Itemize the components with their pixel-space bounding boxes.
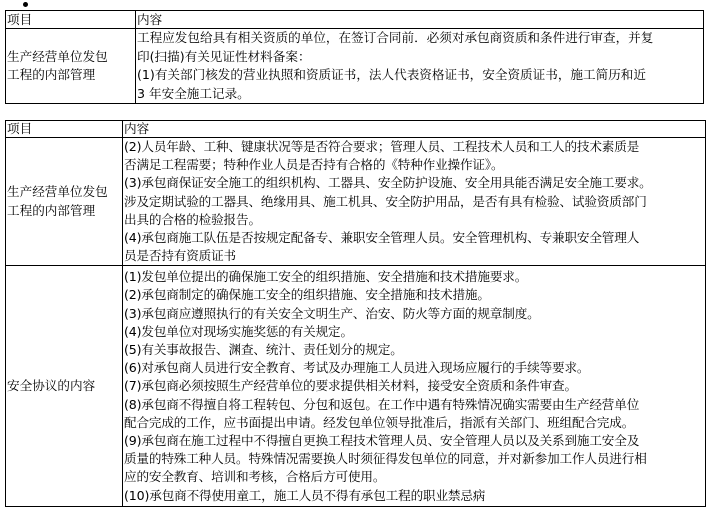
content-line: (3)承包商应遵照执行的有关安全文明生产、治安、防火等方面的规章制度。 — [124, 305, 705, 323]
content-line: (10)承包商不得使用童工，施工人员不得有承包工程的职业禁忌病 — [124, 487, 705, 505]
content-line: 否满足工程需要；特种作业人员是否持有合格的《特种作业操作证》。 — [124, 156, 705, 174]
row-item-cell: 生产经营单位发包 工程的内部管理 — [6, 138, 123, 266]
table-header-row: 项目 内容 — [6, 11, 704, 29]
row-content-cell: 工程应发包给具有相关资质的单位，在签订合同前．必须对承包商资质和条件进行审查，并… — [136, 29, 704, 104]
row-content-cell: (1)发包单位提出的确保施工安全的组织措施、安全措施和技术措施要求。 (2)承包… — [123, 266, 706, 507]
header-content: 内容 — [136, 11, 704, 29]
row-item-cell: 生产经营单位发包 工程的内部管理 — [6, 29, 136, 104]
header-item: 项目 — [6, 121, 123, 138]
item-text: 工程的内部管理 — [7, 202, 122, 220]
content-line: 涉及定期试验的工器具、绝缘用具、施工机具、安全防护用品，是否有具有检验、试验资质… — [124, 193, 705, 211]
content-line: (5)有关事故报告、渊查、统汁、责任划分的规定。 — [124, 341, 705, 359]
table-row: 生产经营单位发包 工程的内部管理 (2)人员年龄、工种、键康状况等是否符合要求；… — [6, 138, 706, 266]
content-line: 员是否持有资质证书 — [124, 247, 705, 265]
content-line: (6)对承包商人员进行安全教育、考试及办理施工人员进入现场应履行的手续等要求。 — [124, 359, 705, 377]
content-line: 3 年安全施工记录。 — [137, 85, 703, 104]
content-line: (1)有关部门核发的营业执照和资质证书，法人代表资格证书，安全资质证书，施工简历… — [137, 66, 703, 85]
content-line: (4)发包单位对现场实施奖惩的有关规定。 — [124, 323, 705, 341]
content-line: 出具的合格的检验报告。 — [124, 211, 705, 229]
table-contractor-management-2: 项目 内容 生产经营单位发包 工程的内部管理 (2)人员年龄、工种、键康状况等是… — [5, 120, 706, 507]
item-text: 安全协议的内容 — [7, 377, 122, 395]
item-text: 生产经营单位发包 — [7, 183, 122, 201]
content-line: 应的安全教育、培训和考核，合格后方可使用。 — [124, 468, 705, 486]
content-line: (7)承包商必须按照生产经营单位的要求提供相关材料，接受安全资质和条件审查。 — [124, 377, 705, 395]
table-row: 安全协议的内容 (1)发包单位提出的确保施工安全的组织措施、安全措施和技术措施要… — [6, 266, 706, 507]
content-line: (2)人员年龄、工种、键康状况等是否符合要求；管理人员、工程技术人员和工人的技术… — [124, 138, 705, 156]
row-content-cell: (2)人员年龄、工种、键康状况等是否符合要求；管理人员、工程技术人员和工人的技术… — [123, 138, 706, 266]
header-content: 内容 — [123, 121, 706, 138]
table-header-row: 项目 内容 — [6, 121, 706, 138]
content-line: (3)承包商保证安全施工的组织机构、工器具、安全防护设施、安全用具能否满足安全施… — [124, 174, 705, 192]
content-line: (4)承包商施工队伍是否按规定配备专、兼职安全管理人员。安全管理机构、专兼职安全… — [124, 229, 705, 247]
content-line: 质量的特殊工种人员。特殊情况需要换人时须征得发包单位的同意，并对新参加工作人员进… — [124, 450, 705, 468]
item-text: 工程的内部管理 — [7, 66, 135, 84]
content-line: 配合完成的工作，应书面提出申请。经发包单位领导批准后，指派有关部门、班组配合完成… — [124, 414, 705, 432]
row-item-cell: 安全协议的内容 — [6, 266, 123, 507]
table-contractor-management-1: 项目 内容 生产经营单位发包 工程的内部管理 工程应发包给具有相关资质的单位，在… — [5, 10, 704, 104]
header-item: 项目 — [6, 11, 136, 29]
content-line: (9)承包商在施工过程中不得擅自更换工程技术管理人员、安全管理人员以及关系到施工… — [124, 432, 705, 450]
content-line: 工程应发包给具有相关资质的单位，在签订合同前．必须对承包商资质和条件进行审查，并… — [137, 29, 703, 48]
bullet-dot — [23, 2, 28, 7]
item-text: 生产经营单位发包 — [7, 48, 135, 66]
content-line: (8)承包商不得擅自将工程转包、分包和返包。在工作中遇有特殊情况确实需要由生产经… — [124, 396, 705, 414]
content-line: 印(扫描)有关见证性材料备案： — [137, 48, 703, 67]
table-row: 生产经营单位发包 工程的内部管理 工程应发包给具有相关资质的单位，在签订合同前．… — [6, 29, 704, 104]
content-line: (2)承包商制定的确保施工安全的组织措施、安全措施和技术措施。 — [124, 286, 705, 304]
content-line: (1)发包单位提出的确保施工安全的组织措施、安全措施和技术措施要求。 — [124, 268, 705, 286]
